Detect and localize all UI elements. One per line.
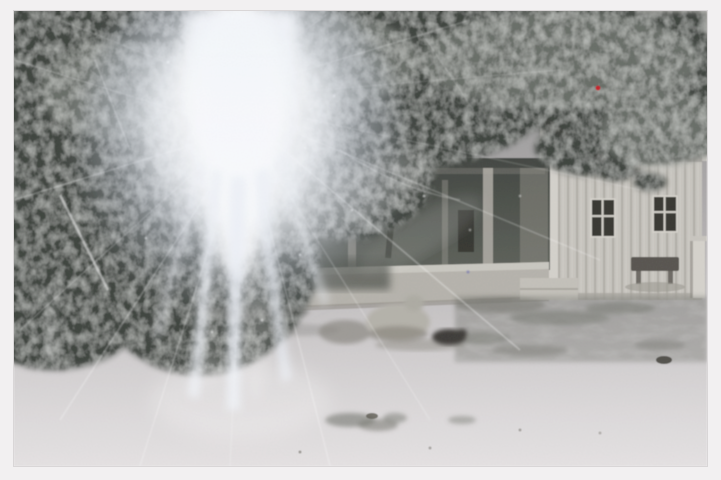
red-dot-speck [596, 86, 601, 91]
grain-overlay [14, 11, 707, 466]
photo [0, 0, 721, 480]
photo-frame [0, 0, 721, 480]
photo-image [0, 0, 721, 466]
